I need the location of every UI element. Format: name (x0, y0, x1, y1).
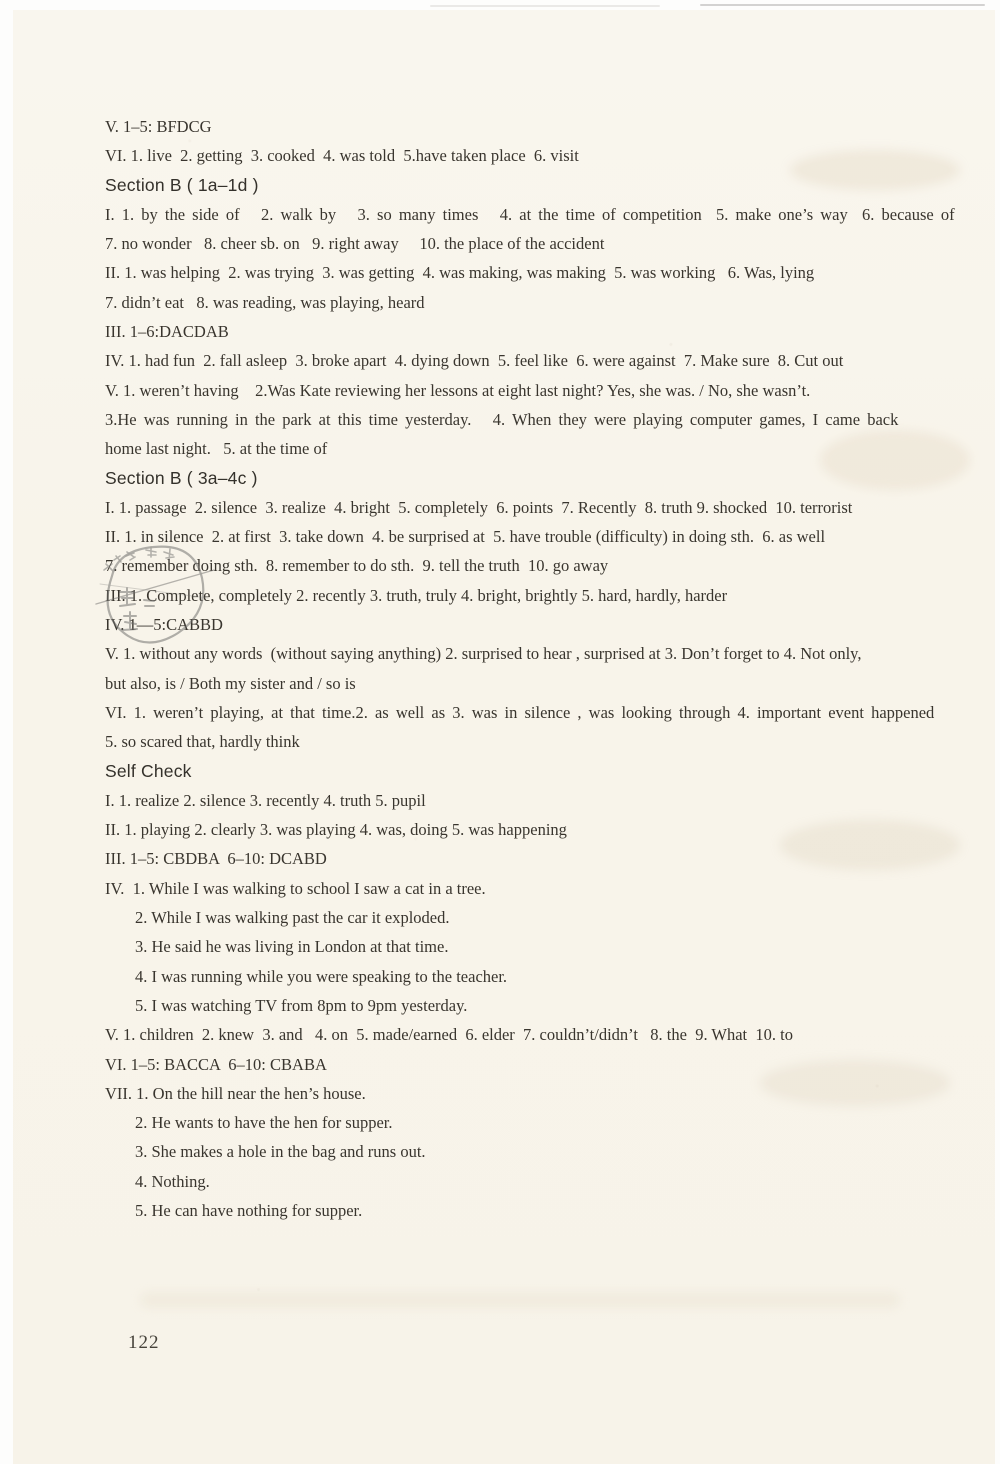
text-line: 2. While I was walking past the car it e… (105, 903, 975, 932)
text-line: 3. She makes a hole in the bag and runs … (105, 1137, 975, 1166)
answer-key-text: V. 1–5: BFDCGVI. 1. live 2. getting 3. c… (105, 112, 975, 1225)
text-line: II. 1. in silence 2. at first 3. take do… (105, 522, 975, 551)
text-line: II. 1. playing 2. clearly 3. was playing… (105, 815, 975, 844)
scan-edge-artifact (700, 4, 985, 6)
text-line: V. 1. without any words (without saying … (105, 639, 975, 668)
text-line: 5. He can have nothing for supper. (105, 1196, 975, 1225)
text-line: II. 1. was helping 2. was trying 3. was … (105, 258, 975, 287)
text-line: V. 1–5: BFDCG (105, 112, 975, 141)
text-line: V. 1. weren’t having 2.Was Kate reviewin… (105, 376, 975, 405)
text-line: 4. Nothing. (105, 1167, 975, 1196)
text-line: VI. 1. weren’t playing, at that time.2. … (105, 698, 975, 727)
text-line: home last night. 5. at the time of (105, 434, 975, 463)
text-line: Section B ( 3a–4c ) (105, 464, 975, 493)
text-line: Self Check (105, 757, 975, 786)
scan-edge-artifact (430, 5, 660, 7)
text-line: but also, is / Both my sister and / so i… (105, 669, 975, 698)
text-line: 7. didn’t eat 8. was reading, was playin… (105, 288, 975, 317)
text-line: I. 1. realize 2. silence 3. recently 4. … (105, 786, 975, 815)
text-line: I. 1. passage 2. silence 3. realize 4. b… (105, 493, 975, 522)
text-line: VI. 1–5: BACCA 6–10: CBABA (105, 1050, 975, 1079)
text-line: VI. 1. live 2. getting 3. cooked 4. was … (105, 141, 975, 170)
text-line: 2. He wants to have the hen for supper. (105, 1108, 975, 1137)
text-line: VII. 1. On the hill near the hen’s house… (105, 1079, 975, 1108)
text-line: 4. I was running while you were speaking… (105, 962, 975, 991)
text-line: V. 1. children 2. knew 3. and 4. on 5. m… (105, 1020, 975, 1049)
text-line: III. 1–5: CBDBA 6–10: DCABD (105, 844, 975, 873)
text-line: 7. remember doing sth. 8. remember to do… (105, 551, 975, 580)
text-line: I. 1. by the side of 2. walk by 3. so ma… (105, 200, 975, 229)
text-line: 7. no wonder 8. cheer sb. on 9. right aw… (105, 229, 975, 258)
text-line: 3. He said he was living in London at th… (105, 932, 975, 961)
text-line: 3.He was running in the park at this tim… (105, 405, 975, 434)
text-line: 5. I was watching TV from 8pm to 9pm yes… (105, 991, 975, 1020)
page-number: 122 (128, 1332, 160, 1354)
text-line: III. 1–6:DACDAB (105, 317, 975, 346)
text-line: III. 1. Complete, completely 2. recently… (105, 581, 975, 610)
text-line: 5. so scared that, hardly think (105, 727, 975, 756)
text-line: IV. 1—5:CABBD (105, 610, 975, 639)
text-line: IV. 1. had fun 2. fall asleep 3. broke a… (105, 346, 975, 375)
text-line: Section B ( 1a–1d ) (105, 171, 975, 200)
text-line: IV. 1. While I was walking to school I s… (105, 874, 975, 903)
